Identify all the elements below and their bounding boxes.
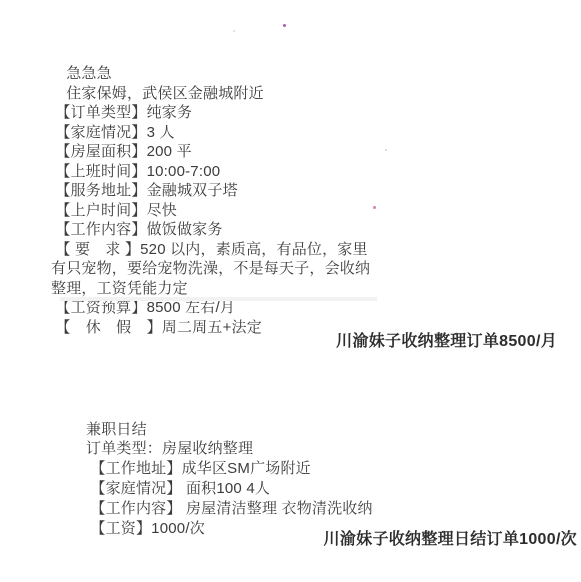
listing-2-caption: 川渝妹子收纳整理日结订单1000/次 (324, 526, 577, 549)
section-divider (60, 297, 377, 301)
text-line: 有只宠物，要给宠物洗澡，不是每天子，会收纳 (51, 259, 381, 279)
text-line: 订单类型：房屋收纳整理 (86, 439, 426, 459)
listing-live-in-housekeeper: 急急急 住家保姆，武侯区金融城附近 【订单类型】纯家务 【家庭情况】3 人 【房… (51, 25, 381, 376)
text-line: 【 要 求 】520 以内，素质高，有品位，家里 (51, 240, 381, 260)
job-listings-note: 急急急 住家保姆，武侯区金融城附近 【订单类型】纯家务 【家庭情况】3 人 【房… (0, 0, 581, 582)
text-line: 【房屋面积】200 平 (51, 142, 381, 162)
ink-speck (283, 24, 286, 27)
ink-speck (233, 30, 235, 32)
text-line: 整理，工资凭能力定 (51, 279, 381, 299)
text-line: 【上户时间】尽快 (51, 201, 381, 221)
text-line: 【工作内容】做饭做家务 (51, 220, 381, 240)
listing-1-caption: 川渝妹子收纳整理订单8500/月 (336, 328, 557, 351)
ink-speck (373, 206, 376, 209)
text-line: 【工作内容】 房屋清洁整理 衣物清洗收纳 (86, 499, 426, 519)
text-line: 【上班时间】10:00-7:00 (51, 162, 381, 182)
text-line: 急急急 (51, 64, 381, 84)
text-line: 【服务地址】金融城双子塔 (51, 181, 381, 201)
text-line: 【家庭情况】 面积100 4人 (86, 479, 426, 499)
text-line: 兼职日结 (86, 420, 426, 440)
text-line: 【 休 假 】周二周五+法定 (51, 318, 381, 338)
text-line: 【工作地址】成华区SM广场附近 (86, 459, 426, 479)
text-line: 【家庭情况】3 人 (51, 123, 381, 143)
listing-2-lines: 兼职日结订单类型：房屋收纳整理 【工作地址】成华区SM广场附近 【家庭情况】 面… (86, 420, 426, 539)
text-line: 住家保姆，武侯区金融城附近 (51, 84, 381, 104)
ink-speck (385, 149, 387, 151)
text-line: 【订单类型】纯家务 (51, 103, 381, 123)
